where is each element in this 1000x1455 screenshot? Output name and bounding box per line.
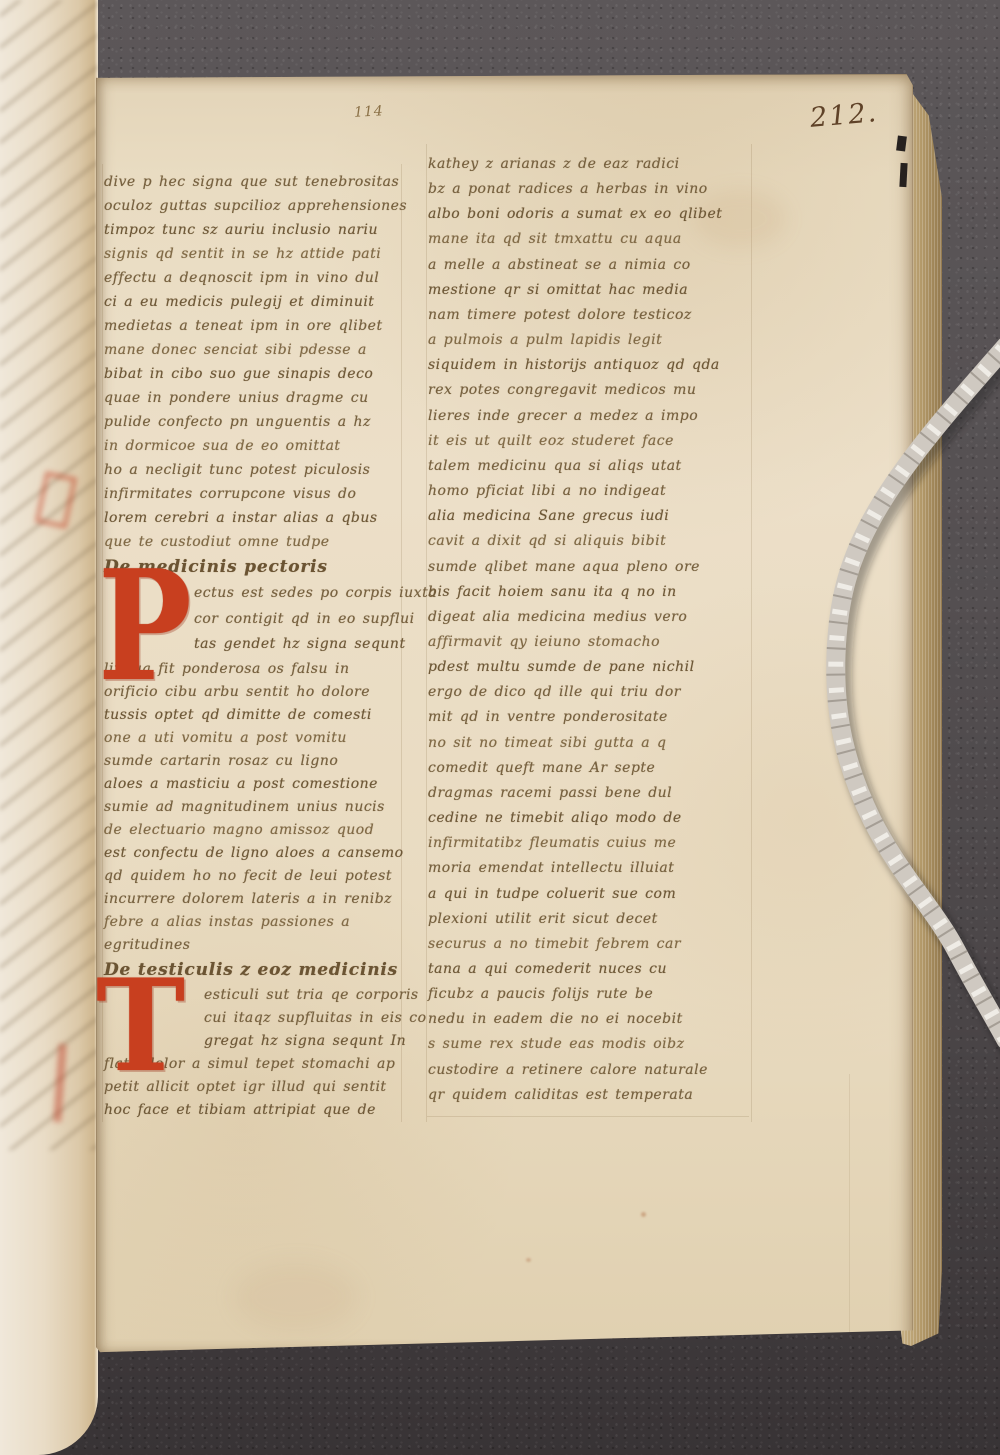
text-line: a pulmois a pulm lapidis legit <box>428 328 740 353</box>
ruling-line <box>426 144 427 1122</box>
text-line: quae in pondere unius dragme cu <box>104 386 416 410</box>
text-line: signis qd sentit in se hz attide pati <box>104 242 416 266</box>
text-line: one a uti vomitu a post vomitu <box>104 727 416 750</box>
text-line: timpoz tunc sz auriu inclusio nariu <box>104 218 416 242</box>
text-line: moria emendat intellectu illuiat <box>428 856 740 881</box>
photo-background: 114 212. dive p hec signa que sut tenebr… <box>0 0 1000 1455</box>
text-line: alia medicina Sane grecus iudi <box>428 504 740 529</box>
text-line: plexioni utilit erit sicut decet <box>428 907 740 932</box>
text-line: albo boni odoris a sumat ex eo qlibet <box>428 202 740 227</box>
text-line: tana a qui comederit nuces cu <box>428 957 740 982</box>
text-line: dragmas racemi passi bene dul <box>428 781 740 806</box>
parchment-crease <box>849 1074 850 1366</box>
initial-paragraph-testiculi: T esticuli sut tria qe corporiscui itaqz… <box>104 984 416 1053</box>
manuscript-page: 114 212. dive p hec signa que sut tenebr… <box>96 74 913 1356</box>
paragraph: dive p hec signa que sut tenebrositasocu… <box>104 170 416 554</box>
text-line: in dormicoe sua de eo omittat <box>104 434 416 458</box>
text-line: mestione qr si omittat hac media <box>428 278 740 303</box>
text-column-right: kathey z arianas z de eaz radicibz a pon… <box>428 152 740 1108</box>
facing-page-blur <box>0 0 98 1455</box>
text-line: no sit no timeat sibi gutta a q <box>428 731 740 756</box>
stain <box>234 1262 358 1332</box>
text-line: aloes a masticiu a post comestione <box>104 773 416 796</box>
text-line: cedine ne timebit aliqo modo de <box>428 806 740 831</box>
text-line: sumde qlibet mane aqua pleno ore <box>428 555 740 580</box>
text-line: bibat in cibo suo gue sinapis deco <box>104 362 416 386</box>
text-line: a melle a abstineat se a nimia co <box>428 253 740 278</box>
text-line: pdest multu sumde de pane nichil <box>428 655 740 680</box>
text-line: digeat alia medicina medius vero <box>428 605 740 630</box>
edge-damage-chip <box>896 136 907 152</box>
text-line: nam timere potest dolore testicoz <box>428 303 740 328</box>
text-line: securus a no timebit febrem car <box>428 932 740 957</box>
text-line: s sume rex stude eas modis oibz <box>428 1032 740 1057</box>
stain <box>526 1258 531 1262</box>
ruling-line <box>427 1116 749 1117</box>
text-line: ci a eu medicis pulegij et diminuit <box>104 290 416 314</box>
text-line: bis facit hoiem sanu ita q no in <box>428 580 740 605</box>
text-line: mane donec senciat sibi pdesse a <box>104 338 416 362</box>
text-line: kathey z arianas z de eaz radici <box>428 152 740 177</box>
stain <box>641 1212 646 1217</box>
text-line: bz a ponat radices a herbas in vino <box>428 177 740 202</box>
red-initial-p: P <box>98 551 192 701</box>
text-line: pulide confecto pn unguentis a hz <box>104 410 416 434</box>
edge-damage-chip <box>899 163 907 187</box>
text-line: custodire a retinere calore naturale <box>428 1058 740 1083</box>
text-line: a qui in tudpe coluerit sue com <box>428 882 740 907</box>
red-initial-t: T <box>96 964 185 1088</box>
text-line: de electuario magno amissoz quod <box>104 819 416 842</box>
text-line: est confectu de ligno aloes a cansemo <box>104 842 416 865</box>
text-line: it eis ut quilt eoz studeret face <box>428 429 740 454</box>
page-number: 212. <box>809 97 880 134</box>
text-line: sumde cartarin rosaz cu ligno <box>104 750 416 773</box>
text-line: infirmitatibz fleumatis cuius me <box>428 831 740 856</box>
text-line: ficubz a paucis folijs rute be <box>428 982 740 1007</box>
text-line: talem medicinu qua si aliqs utat <box>428 454 740 479</box>
text-line: oculoz guttas supcilioz apprehensiones <box>104 194 416 218</box>
text-column-left: dive p hec signa que sut tenebrositasocu… <box>104 170 416 1122</box>
facing-page-script-blur <box>0 0 98 1150</box>
text-line: infirmitates corrupcone visus do <box>104 482 416 506</box>
text-line: sumie ad magnitudinem unius nucis <box>104 796 416 819</box>
text-line: effectu a deqnoscit ipm in vino dul <box>104 266 416 290</box>
text-line: siquidem in historijs antiquoz qd qda <box>428 353 740 378</box>
text-line: incurrere dolorem lateris a in renibz <box>104 888 416 911</box>
stain <box>854 564 860 570</box>
text-line: ergo de dico qd ille qui triu dor <box>428 680 740 705</box>
text-line: ho a necligit tunc potest piculosis <box>104 458 416 482</box>
text-line: lorem cerebri a instar alias a qbus <box>104 506 416 530</box>
text-line: mane ita qd sit tmxattu cu aqua <box>428 227 740 252</box>
text-line: cavit a dixit qd si aliquis bibit <box>428 529 740 554</box>
folio-number: 114 <box>354 103 385 121</box>
text-line: comedit queft mane Ar septe <box>428 756 740 781</box>
text-line: homo pficiat libi a no indigeat <box>428 479 740 504</box>
text-line: affirmavit qy ieiuno stomacho <box>428 630 740 655</box>
text-line: medietas a teneat ipm in ore qlibet <box>104 314 416 338</box>
text-line: nedu in eadem die no ei nocebit <box>428 1007 740 1032</box>
text-line: mit qd in ventre ponderositate <box>428 705 740 730</box>
text-line: hoc face et tibiam attripiat que de <box>104 1099 416 1122</box>
text-line: qr quidem caliditas est temperata <box>428 1083 740 1108</box>
initial-paragraph-pectus: P ectus est sedes po corpis iuxtacor con… <box>104 581 416 658</box>
text-line: dive p hec signa que sut tenebrositas <box>104 170 416 194</box>
text-line: febre a alias instas passiones a <box>104 911 416 934</box>
text-line: rex potes congregavit medicos mu <box>428 378 740 403</box>
text-line: qd quidem ho no fecit de leui potest <box>104 865 416 888</box>
text-line: lieres inde grecer a medez a impo <box>428 404 740 429</box>
ruling-line <box>751 144 752 1122</box>
